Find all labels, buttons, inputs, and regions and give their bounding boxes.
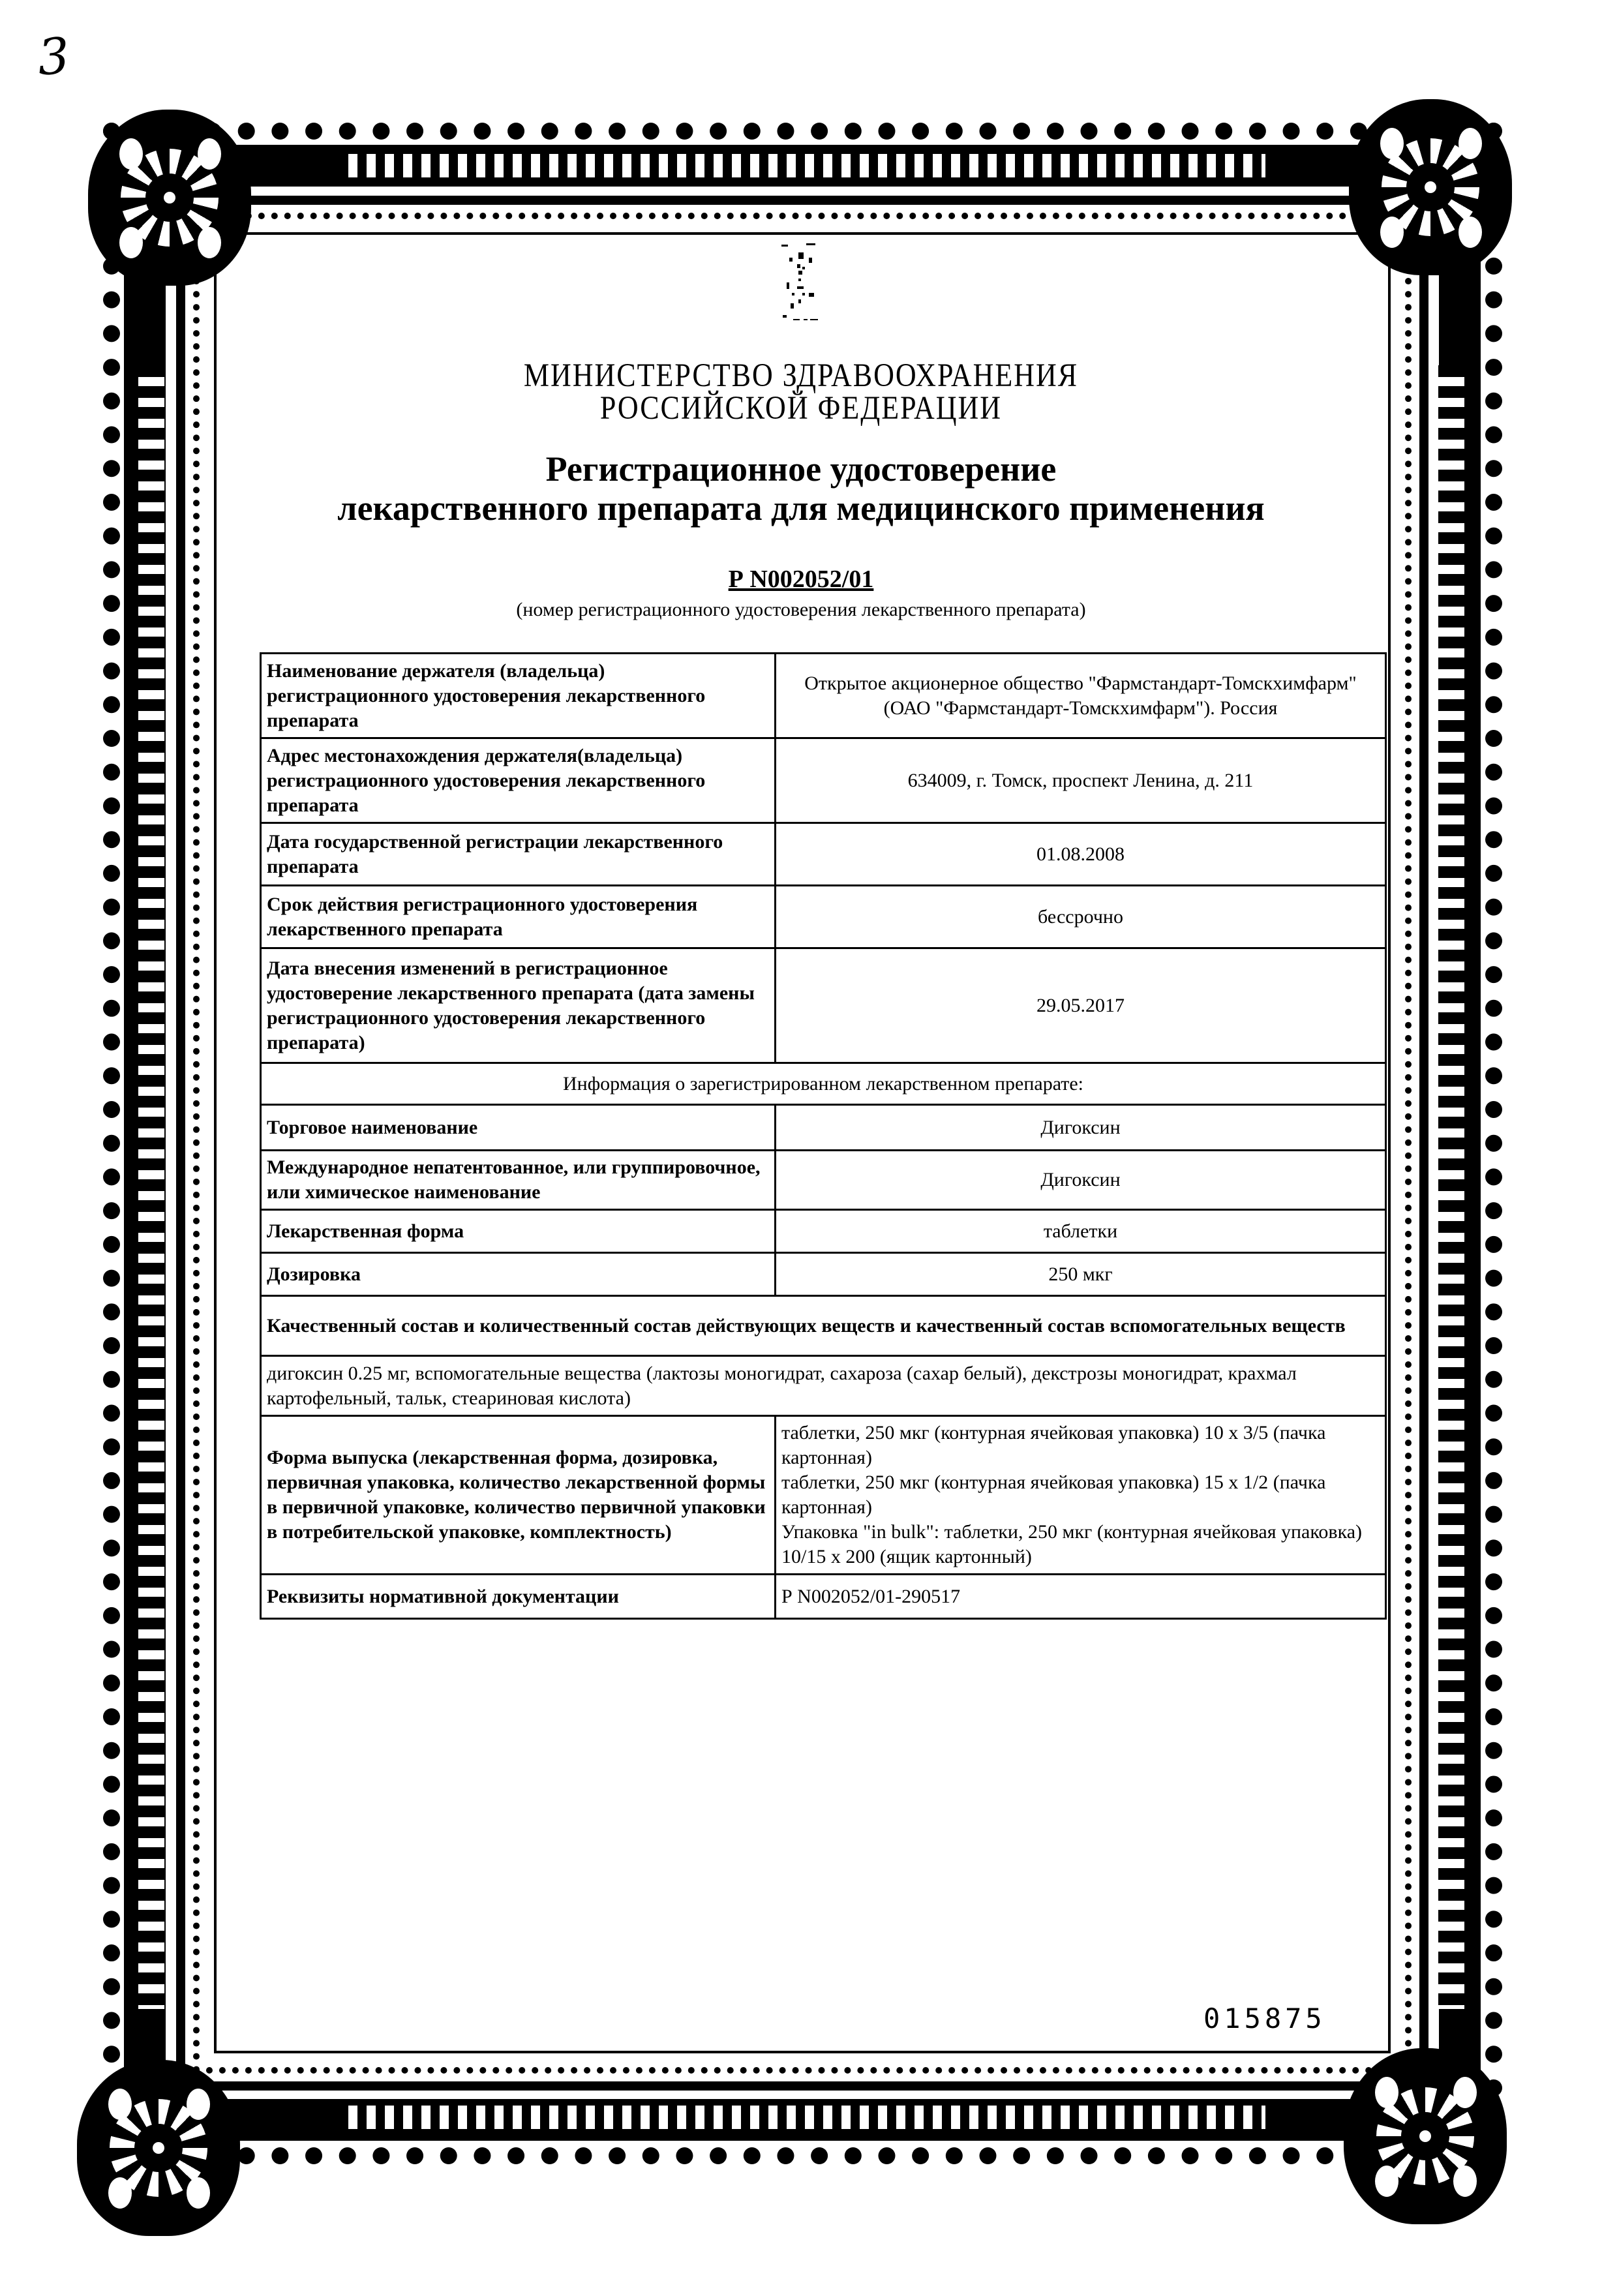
corner-rosette-icon [77,2060,240,2236]
table-row: Форма выпуска (лекарственная форма, дози… [261,1416,1386,1575]
ministry-name-line2: РОССИЙСКОЙ ФЕДЕРАЦИИ [0,389,1602,428]
row-label: Дата государственной регистрации лекарст… [261,823,776,886]
row-value: таблетки [776,1210,1386,1253]
table-row: Лекарственная форма таблетки [261,1210,1386,1253]
row-label: Срок действия регистрационного удостовер… [261,886,776,948]
row-value: 634009, г. Томск, проспект Ленина, д. 21… [776,738,1386,823]
registration-number: Р N002052/01 [0,565,1602,594]
frame-top-pattern [339,154,1265,177]
row-label: Лекарственная форма [261,1210,776,1253]
table-row: Торговое наименование Дигоксин [261,1105,1386,1151]
table-row: Дозировка 250 мкг [261,1253,1386,1296]
row-value: бессрочно [776,886,1386,948]
registration-details-table: Наименование держателя (владельца) регис… [260,652,1387,1620]
row-value: Дигоксин [776,1151,1386,1210]
row-value: 29.05.2017 [776,948,1386,1063]
table-row: Наименование держателя (владельца) регис… [261,654,1386,738]
row-label: Наименование держателя (владельца) регис… [261,654,776,738]
row-label: Адрес местонахождения держателя(владельц… [261,738,776,823]
composition-value: дигоксин 0.25 мг, вспомогательные вещест… [261,1356,1386,1416]
row-value: 01.08.2008 [776,823,1386,886]
table-row: Адрес местонахождения держателя(владельц… [261,738,1386,823]
form-serial-number: 015875 [1203,2002,1326,2034]
section-header-row: Информация о зарегистрированном лекарств… [261,1063,1386,1105]
document-title-line1: Регистрационное удостоверение [0,449,1602,489]
table-row: Срок действия регистрационного удостовер… [261,886,1386,948]
row-value: Р N002052/01-290517 [776,1575,1386,1619]
row-label: Реквизиты нормативной документации [261,1575,776,1619]
registration-number-caption: (номер регистрационного удостоверения ле… [0,599,1602,621]
release-form-item: таблетки, 250 мкг (контурная ячейковая у… [781,1421,1380,1470]
document-title-line2: лекарственного препарата для медицинског… [0,488,1602,528]
composition-value-row: дигоксин 0.25 мг, вспомогательные вещест… [261,1356,1386,1416]
row-label: Дозировка [261,1253,776,1296]
handwritten-page-number: 3 [36,26,71,86]
row-value: 250 мкг [776,1253,1386,1296]
corner-rosette-icon [1349,99,1512,275]
row-label: Форма выпуска (лекарственная форма, дози… [261,1416,776,1575]
row-label: Дата внесения изменений в регистрационно… [261,948,776,1063]
section-header: Информация о зарегистрированном лекарств… [261,1063,1386,1105]
coat-of-arms-emblem-icon [763,238,841,336]
table-row: Дата внесения изменений в регистрационно… [261,948,1386,1063]
table-row: Реквизиты нормативной документации Р N00… [261,1575,1386,1619]
composition-header: Качественный состав и количественный сос… [261,1296,1386,1356]
table-row: Дата государственной регистрации лекарст… [261,823,1386,886]
frame-bottom-pattern [339,2106,1265,2129]
row-label: Торговое наименование [261,1105,776,1151]
table-row: Международное непатентованное, или групп… [261,1151,1386,1210]
row-value: Дигоксин [776,1105,1386,1151]
row-label: Международное непатентованное, или групп… [261,1151,776,1210]
corner-rosette-icon [1344,2048,1507,2224]
row-value: Открытое акционерное общество "Фармстанд… [776,654,1386,738]
release-form-item: Упаковка "in bulk": таблетки, 250 мкг (к… [781,1520,1380,1569]
row-value: таблетки, 250 мкг (контурная ячейковая у… [776,1416,1386,1575]
release-form-item: таблетки, 250 мкг (контурная ячейковая у… [781,1470,1380,1520]
corner-rosette-icon [88,110,251,286]
composition-header-row: Качественный состав и количественный сос… [261,1296,1386,1356]
